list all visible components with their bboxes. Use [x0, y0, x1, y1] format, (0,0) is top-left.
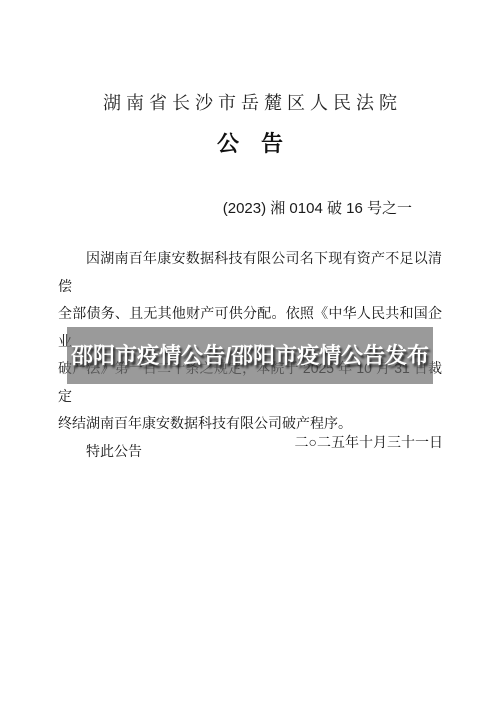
court-name-heading: 湖南省长沙市岳麓区人民法院 [0, 93, 500, 115]
announcement-title: 公 告 [0, 131, 500, 157]
announcement-page: 湖南省长沙市岳麓区人民法院 公 告 (2023) 湘 0104 破 16 号之一… [0, 0, 500, 706]
body-line: 因湖南百年康安数据科技有限公司名下现有资产不足以清偿 [58, 245, 442, 300]
watermark-text: 邵阳市疫情公告/邵阳市疫情公告发布 [67, 344, 433, 368]
announcement-date: 二○二五年十月三十一日 [0, 433, 500, 453]
watermark-overlay: 邵阳市疫情公告/邵阳市疫情公告发布 [67, 327, 433, 384]
case-number: (2023) 湘 0104 破 16 号之一 [0, 200, 500, 218]
